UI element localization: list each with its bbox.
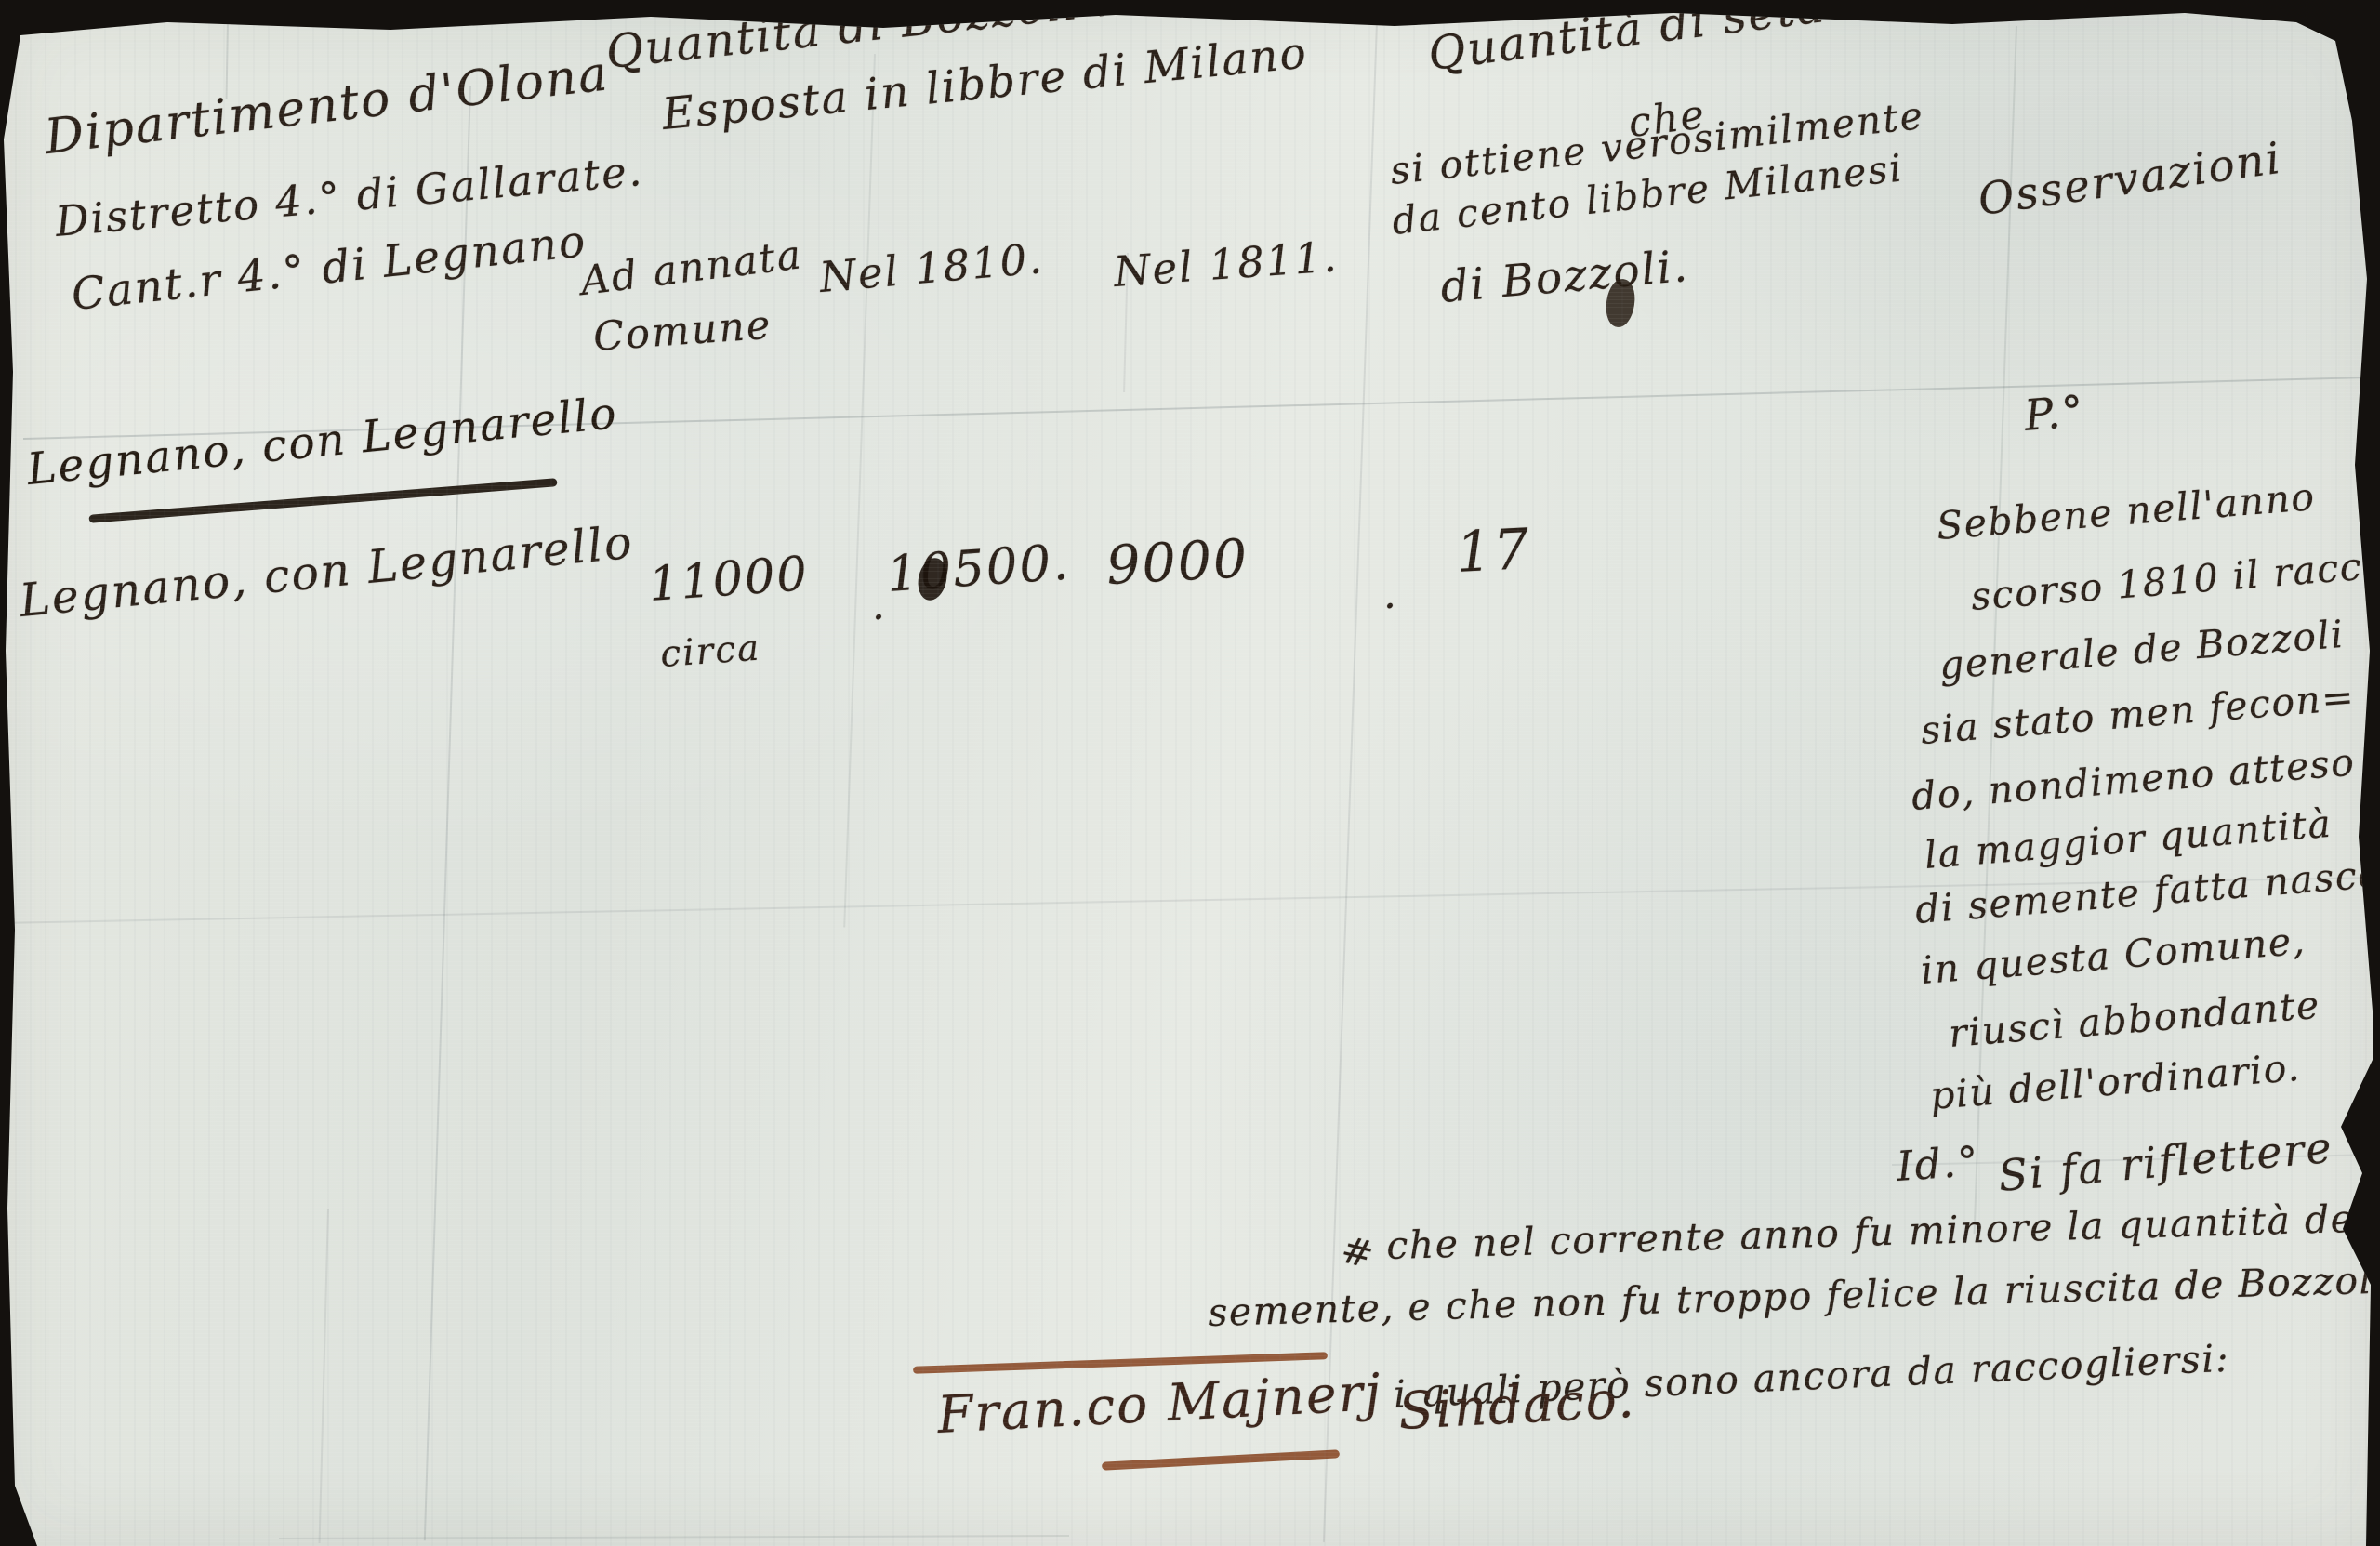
manuscript-photo: Dipartimento d'Olona Distretto 4.° di Ga… [0, 0, 2380, 1546]
table-rule-vertical [843, 54, 876, 927]
observation-line: più dell'ordinario. [1928, 1045, 2302, 1118]
column-header-seta-line5: di Bozzoli. [1438, 241, 1690, 313]
observation-line: generale de Bozzoli [1937, 612, 2346, 688]
observation-idem-text: Si fa riflettere [1996, 1122, 2334, 1201]
table-rule-vertical [319, 1209, 329, 1543]
value-1810: 10500. [885, 534, 1072, 603]
value-annata-comune: 11000 [647, 547, 811, 613]
table-rule-horizontal [279, 1535, 1069, 1539]
observation-line: sia stato men fecon= [1919, 674, 2357, 753]
strikethrough-stroke [88, 478, 557, 523]
paper-sheet: Dipartimento d'Olona Distretto 4.° di Ga… [0, 0, 2380, 1546]
reference-mark: # [1337, 1228, 1380, 1277]
table-rule-vertical [424, 86, 471, 1540]
signature-name: Fran.co Majnerj [936, 1362, 1384, 1445]
header-departement: Dipartimento d'Olona [42, 46, 612, 165]
column-header-seta-line1: Quantità di seta [1425, 0, 1829, 81]
separator-dot: . [1383, 571, 1398, 618]
observation-line: Sebbene nell'anno [1935, 474, 2317, 548]
signature-underline [1102, 1449, 1340, 1470]
column-header-osservazioni: Osservazioni [1975, 133, 2284, 226]
separator-dot: . [872, 582, 887, 629]
subheader-annata-comune-line2: Comune [592, 302, 773, 361]
bottom-note-line: semente, e che non fu troppo felice la r… [1208, 1257, 2380, 1335]
observation-idem-mark: Id.° [1895, 1138, 1981, 1191]
observation-line: in questa Comune, [1919, 918, 2307, 993]
subheader-1810: Nel 1810. [817, 233, 1045, 302]
reference-mark: # [2350, 1195, 2380, 1244]
table-rule-vertical [226, 20, 229, 99]
observation-item-mark: P.° [2022, 386, 2087, 441]
observation-line: riuscì abbondante [1947, 983, 2321, 1056]
subheader-annata-comune-line1: Ad annata [578, 231, 805, 305]
value-annata-circa: circa [659, 628, 762, 676]
value-seta-per-100-libbre: 17 [1454, 517, 1532, 586]
signature-title: Sindaco. [1397, 1369, 1637, 1441]
bottom-note-line: che nel corrente anno fu minore la quant… [1386, 1195, 2380, 1268]
value-1811: 9000 [1105, 528, 1250, 597]
observation-line: scorso 1810 il raccolto [1969, 537, 2380, 619]
row-commune-name: Legnano, con Legnarello [18, 516, 636, 628]
subheader-1811: Nel 1811. [1112, 231, 1340, 297]
